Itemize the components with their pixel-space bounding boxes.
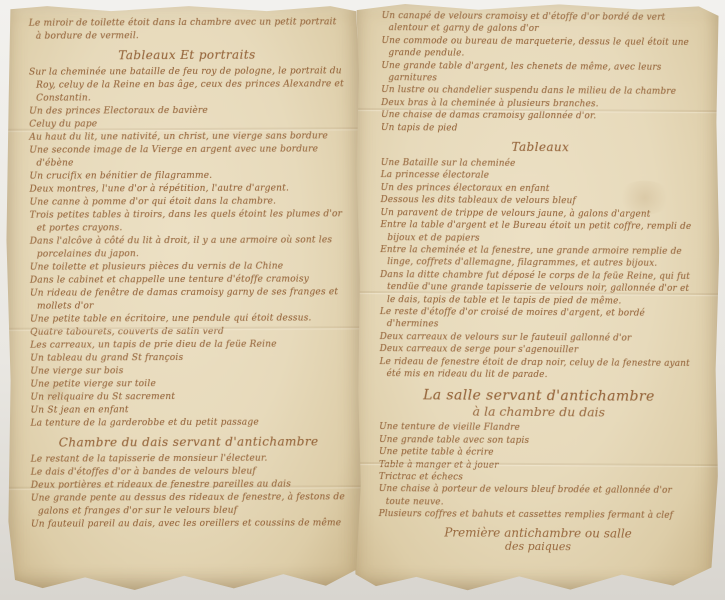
manuscript-line: Une grande pente au dessus des rideaux d… xyxy=(31,491,347,518)
list-continuation-items: Un canapé de velours cramoisy et d'étoff… xyxy=(381,10,701,136)
intro-paragraph: Le miroir de toilette étoit dans la cham… xyxy=(29,16,345,43)
list-salle-antichambre: Une tenture de vieille FlandreUne grande… xyxy=(379,421,699,522)
manuscript-line: Dans la ditte chambre fut déposé le corp… xyxy=(380,269,699,308)
manuscript-line: Dans l'alcôve à côté du lit à droit, il … xyxy=(30,234,346,261)
list-tableaux: Une Bataille sur la cheminéeLa princesse… xyxy=(379,157,699,382)
section-heading-salle-line1: La salle servant d'antichambre xyxy=(379,387,698,405)
manuscript-line: Une seconde image de la Vierge en argent… xyxy=(29,143,345,170)
manuscript-line: Un canapé de velours cramoisy et d'étoff… xyxy=(382,10,701,37)
manuscript-page-left: Le miroir de toilette étoit dans la cham… xyxy=(5,4,362,592)
list-chambre-du-dais: Le restant de la tapisserie de monsieur … xyxy=(31,452,347,531)
manuscript-line: Trois petites tables à tiroirs, dans les… xyxy=(30,208,346,235)
manuscript-photo: Le miroir de toilette étoit dans la cham… xyxy=(0,0,725,600)
section-heading-salle-line2: à la chambre du dais xyxy=(379,404,698,420)
manuscript-line: Sur la cheminée une bataille de feu roy … xyxy=(29,65,345,105)
manuscript-line: Un tapis de pied xyxy=(381,122,700,136)
manuscript-line: Un rideau de fenêtre de damas cramoisy g… xyxy=(30,286,346,313)
manuscript-line: Entre la table d'argent et le Bureau éto… xyxy=(380,219,699,246)
manuscript-line: Une chaise à porteur de velours bleuf br… xyxy=(379,483,698,510)
manuscript-line: Une commode ou bureau de marqueterie, de… xyxy=(381,35,700,62)
manuscript-line: Le miroir de toilette étoit dans la cham… xyxy=(29,16,345,43)
section-heading-chambre-du-dais: Chambre du dais servant d'antichambre xyxy=(31,434,347,450)
manuscript-line: Un fauteuil pareil au dais, avec les ore… xyxy=(31,517,347,531)
manuscript-line: Le reste d'étoffe d'or croisé de moires … xyxy=(380,306,699,333)
manuscript-line: La tenture de la garderobbe et du petit … xyxy=(31,416,347,430)
manuscript-page-right: Un canapé de velours cramoisy et d'étoff… xyxy=(350,2,721,594)
manuscript-line: Entre la cheminée et la fenestre, une gr… xyxy=(380,244,699,271)
manuscript-line: Le rideau de fenestre étoit de drap noir… xyxy=(379,356,698,383)
footer-heading-line2: des paiques xyxy=(378,539,697,555)
list-tableaux-et-portraits: Sur la cheminée une bataille de feu roy … xyxy=(29,65,347,430)
section-heading-tableaux-et-portraits: Tableaux Et portraits xyxy=(29,47,345,63)
section-heading-tableaux: Tableaux xyxy=(381,139,700,156)
manuscript-line: Une grande table d'argent, les chenets d… xyxy=(381,60,700,87)
manuscript-line: Une petite table en écritoire, une pendu… xyxy=(30,312,346,326)
manuscript-line: Plusieurs coffres et bahuts et cassettes… xyxy=(379,508,698,522)
